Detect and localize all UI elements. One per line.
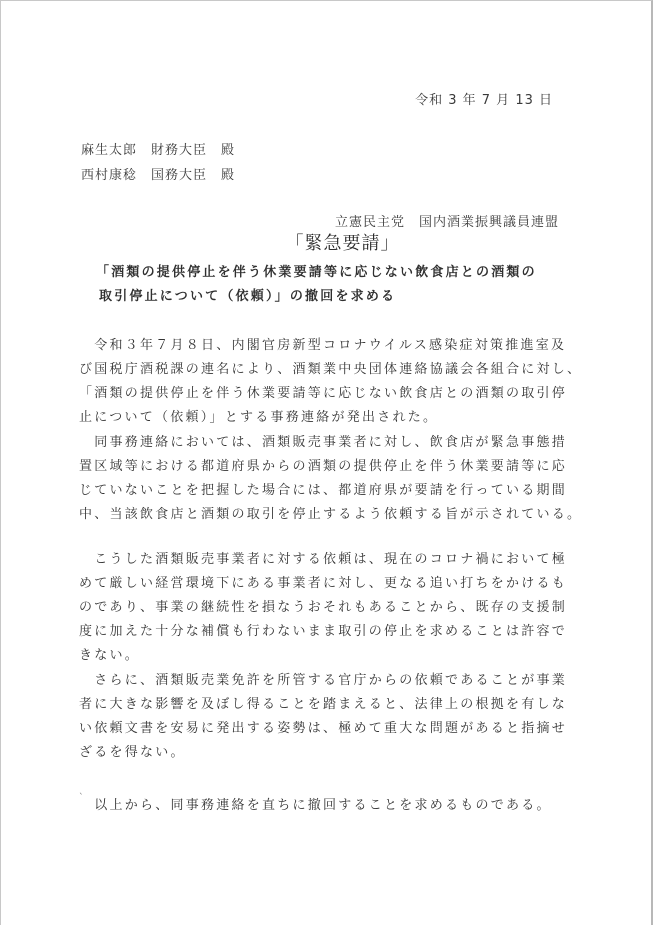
document-title: 「緊急要請」	[1, 229, 654, 255]
paragraph-1-line-2: び国税庁酒税課の連名により、酒類業中央団体連絡協議会各組合に対し、	[79, 358, 582, 377]
document-date: 令和 3 年 7 月 13 日	[415, 89, 553, 108]
paragraph-4-line-1: さらに、酒類販売業免許を所管する官庁からの依頼であることが事業	[79, 669, 567, 688]
paragraph-3-line-4: 度に加えた十分な補償も行わないまま取引の停止を求めることは許容で	[79, 620, 567, 639]
addressee-1: 麻生太郎 財務大臣 殿	[81, 139, 235, 158]
subtitle-line-1: 「酒類の提供停止を伴う休業要請等に応じない飲食店との酒類の	[96, 261, 537, 280]
subtitle-line-2: 取引停止について（依頼）」の撤回を求める	[99, 285, 396, 304]
paragraph-1-line-1: 令和３年７月８日、内閣官房新型コロナウイルス感染症対策推進室及	[79, 334, 566, 353]
document-page: 令和 3 年 7 月 13 日 麻生太郎 財務大臣 殿 西村康稔 国務大臣 殿 …	[0, 0, 653, 925]
paragraph-4-line-4: ざるを得ない。	[79, 741, 186, 760]
paragraph-2-line-1: 同事務連絡においては、酒類販売事業者に対し、飲食店が緊急事態措	[79, 431, 567, 450]
paragraph-1-line-3: 「酒類の提供停止を伴う休業要請等に応じない飲食店との酒類の取引停	[79, 382, 567, 401]
addressee-2: 西村康稔 国務大臣 殿	[81, 164, 235, 183]
paragraph-5-line-1: 以上から、同事務連絡を直ちに撤回することを求めるものである。	[79, 794, 552, 813]
paragraph-1-line-4: 止について（依頼）」とする事務連絡が発出された。	[79, 406, 438, 425]
paragraph-3-line-1: こうした酒類販売事業者に対する依頼は、現在のコロナ禍において極	[79, 548, 567, 567]
sender-organization: 立憲民主党 国内酒業振興議員連盟	[335, 211, 559, 230]
paragraph-4-line-2: 者に大きな影響を及ぼし得ることを踏まえると、法律上の根拠を有しな	[79, 693, 567, 712]
paragraph-2-line-3: じていないことを把握した場合には、都道府県が要請を行っている期間	[79, 479, 567, 498]
paragraph-3-line-5: きない。	[79, 644, 140, 663]
paragraph-4-line-3: い依頼文書を安易に発出する姿勢は、極めて重大な問題があると指摘せ	[79, 717, 567, 736]
paragraph-2-line-2: 置区域等における都道府県からの酒類の提供停止を伴う休業要請等に応	[79, 455, 567, 474]
paragraph-2-line-4: 中、当該飲食店と酒類の取引を停止するよう依頼する旨が示されている。	[79, 503, 582, 522]
paragraph-3-line-2: めて厳しい経営環境下にある事業者に対し、更なる追い打ちをかけるも	[79, 572, 567, 591]
paragraph-3-line-3: のであり、事業の継続性を損なうおそれもあることから、既存の支援制	[79, 596, 567, 615]
